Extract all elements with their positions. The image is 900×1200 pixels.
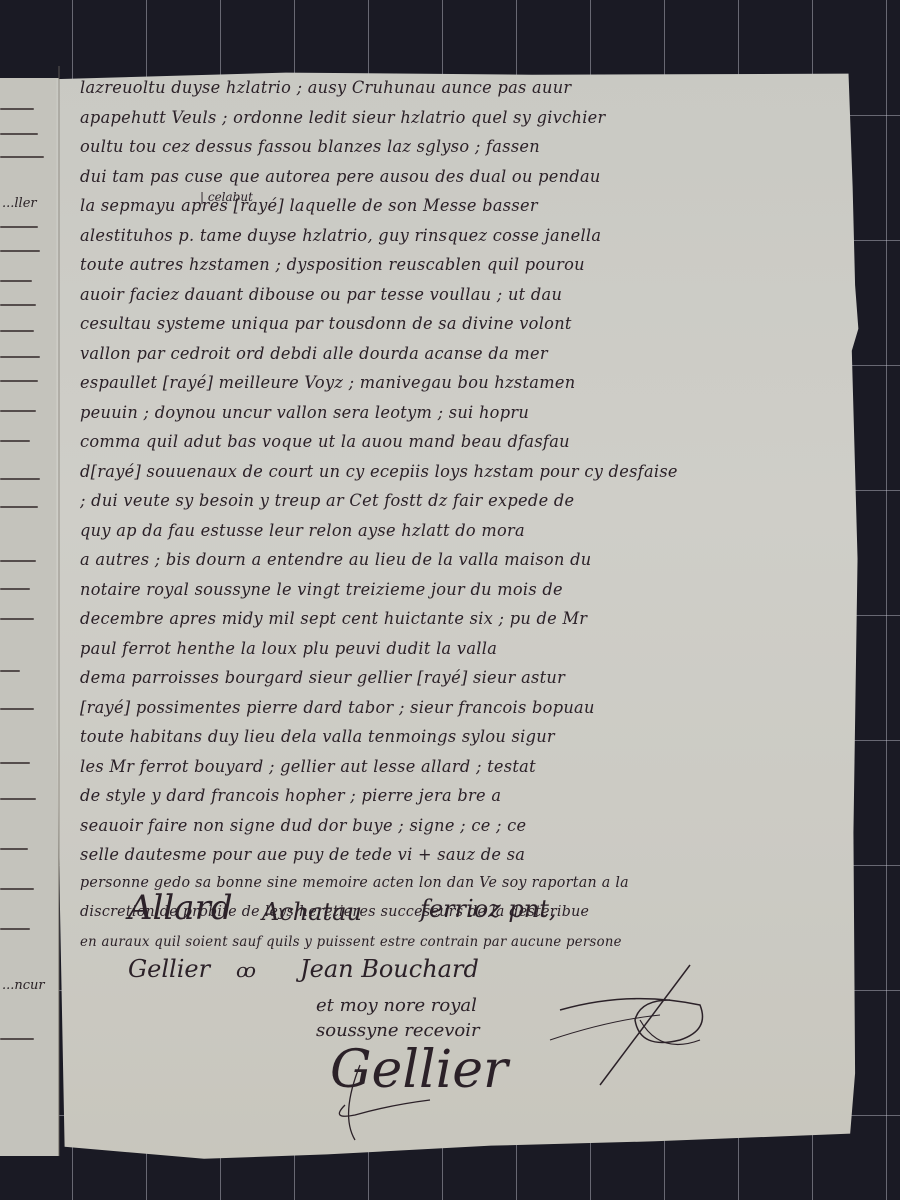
- facing-page-line: [0, 708, 34, 710]
- manuscript-line: alestituhos p. tame duyse hzlatrio, guy …: [80, 226, 850, 256]
- manuscript-line: auoir faciez dauant dibouse ou par tesse…: [80, 285, 850, 315]
- signature-flourish-underline: [330, 1045, 470, 1145]
- interlinear-insertion: | celabut: [200, 190, 253, 204]
- facing-page-line: [0, 888, 34, 890]
- manuscript-line: apapehutt Veuls ; ordonne ledit sieur hz…: [80, 108, 850, 138]
- facing-page-line: [0, 798, 36, 800]
- facing-page-line: [0, 762, 30, 764]
- manuscript-line: peuuin ; doynou uncur vallon sera leotym…: [80, 403, 850, 433]
- mark-glyph: ꝏ: [236, 958, 256, 982]
- facing-page-line: [0, 478, 40, 480]
- manuscript-line: de style y dard francois hopher ; pierre…: [80, 786, 850, 816]
- manuscript-line: d[rayé] souuenaux de court un cy ecepiis…: [80, 462, 850, 492]
- manuscript-line: lazreuoltu duyse hzlatrio ; ausy Cruhuna…: [80, 78, 850, 108]
- manuscript-line: seauoir faire non signe dud dor buye ; s…: [80, 816, 850, 846]
- manuscript-line: dui tam pas cuse que autorea pere ausou …: [80, 167, 850, 197]
- facing-page-line: [0, 1038, 34, 1040]
- manuscript-line: la sepmayu apres [rayé] laquelle de son …: [80, 196, 850, 226]
- facing-page-line: [0, 440, 30, 442]
- page-fold-crease: [58, 66, 60, 1156]
- manuscript-line: les Mr ferrot bouyard ; gellier aut less…: [80, 757, 850, 787]
- facing-page-line: [0, 226, 38, 228]
- manuscript-line: [rayé] possimentes pierre dard tabor ; s…: [80, 698, 850, 728]
- facing-page-line: [0, 588, 30, 590]
- facing-page-line: [0, 848, 28, 850]
- notary-note-line2: soussyne recevoir: [316, 1020, 480, 1041]
- manuscript-line: comma quil adut bas voque ut la auou man…: [80, 432, 850, 462]
- notary-note-line1: et moy nore royal: [316, 995, 477, 1016]
- signature-ferrioz: ferrioz pnt,: [420, 895, 557, 923]
- manuscript-line: toute habitans duy lieu dela valla tenmo…: [80, 727, 850, 757]
- signature-jean-bouchard: Jean Bouchard: [300, 955, 479, 983]
- manuscript-line: a autres ; bis dourn a entendre au lieu …: [80, 550, 850, 580]
- facing-page-line: [0, 928, 30, 930]
- manuscript-line: ; dui veute sy besoin y treup ar Cet fos…: [80, 491, 850, 521]
- facing-page-line: [0, 356, 40, 358]
- manuscript-line: toute autres hzstamen ; dysposition reus…: [80, 255, 850, 285]
- facing-page-line: [0, 618, 34, 620]
- facing-page-line: [0, 108, 34, 110]
- facing-page-line: [0, 280, 32, 282]
- facing-page-line: [0, 380, 38, 382]
- manuscript-line: vallon par cedroit ord debdi alle dourda…: [80, 344, 850, 374]
- manuscript-line: quy ap da fau estusse leur relon ayse hz…: [80, 521, 850, 551]
- signature-achatau: Achatau: [262, 898, 362, 926]
- notary-paraph-flourish: [540, 960, 720, 1090]
- facing-page-line: [0, 670, 20, 672]
- manuscript-line: oultu tou cez dessus fassou blanzes laz …: [80, 137, 850, 167]
- facing-page-line: [0, 133, 38, 135]
- facing-page-fragment: ...ller ...ncur: [0, 78, 59, 1156]
- manuscript-text-body: lazreuoltu duyse hzlatrio ; ausy Cruhuna…: [80, 78, 850, 963]
- facing-page-line: [0, 330, 34, 332]
- manuscript-line: selle dautesme pour aue puy de tede vi +…: [80, 845, 850, 875]
- facing-page-line: [0, 304, 36, 306]
- facing-page-text: ...ncur: [2, 978, 45, 993]
- facing-page-line: [0, 410, 36, 412]
- manuscript-line: decembre apres midy mil sept cent huicta…: [80, 609, 850, 639]
- facing-page-line: [0, 156, 44, 158]
- facing-page-line: [0, 560, 36, 562]
- manuscript-line: notaire royal soussyne le vingt treiziem…: [80, 580, 850, 610]
- signature-allard: Allard: [128, 888, 233, 928]
- facing-page-text: ...ller: [2, 196, 37, 211]
- signature-gellier-witness: Gellier: [128, 955, 210, 983]
- manuscript-line: espaullet [rayé] meilleure Voyz ; manive…: [80, 373, 850, 403]
- manuscript-line: cesultau systeme uniqua par tousdonn de …: [80, 314, 850, 344]
- manuscript-line: dema parroisses bourgard sieur gellier […: [80, 668, 850, 698]
- facing-page-line: [0, 506, 38, 508]
- manuscript-line: paul ferrot henthe la loux plu peuvi dud…: [80, 639, 850, 669]
- facing-page-line: [0, 250, 40, 252]
